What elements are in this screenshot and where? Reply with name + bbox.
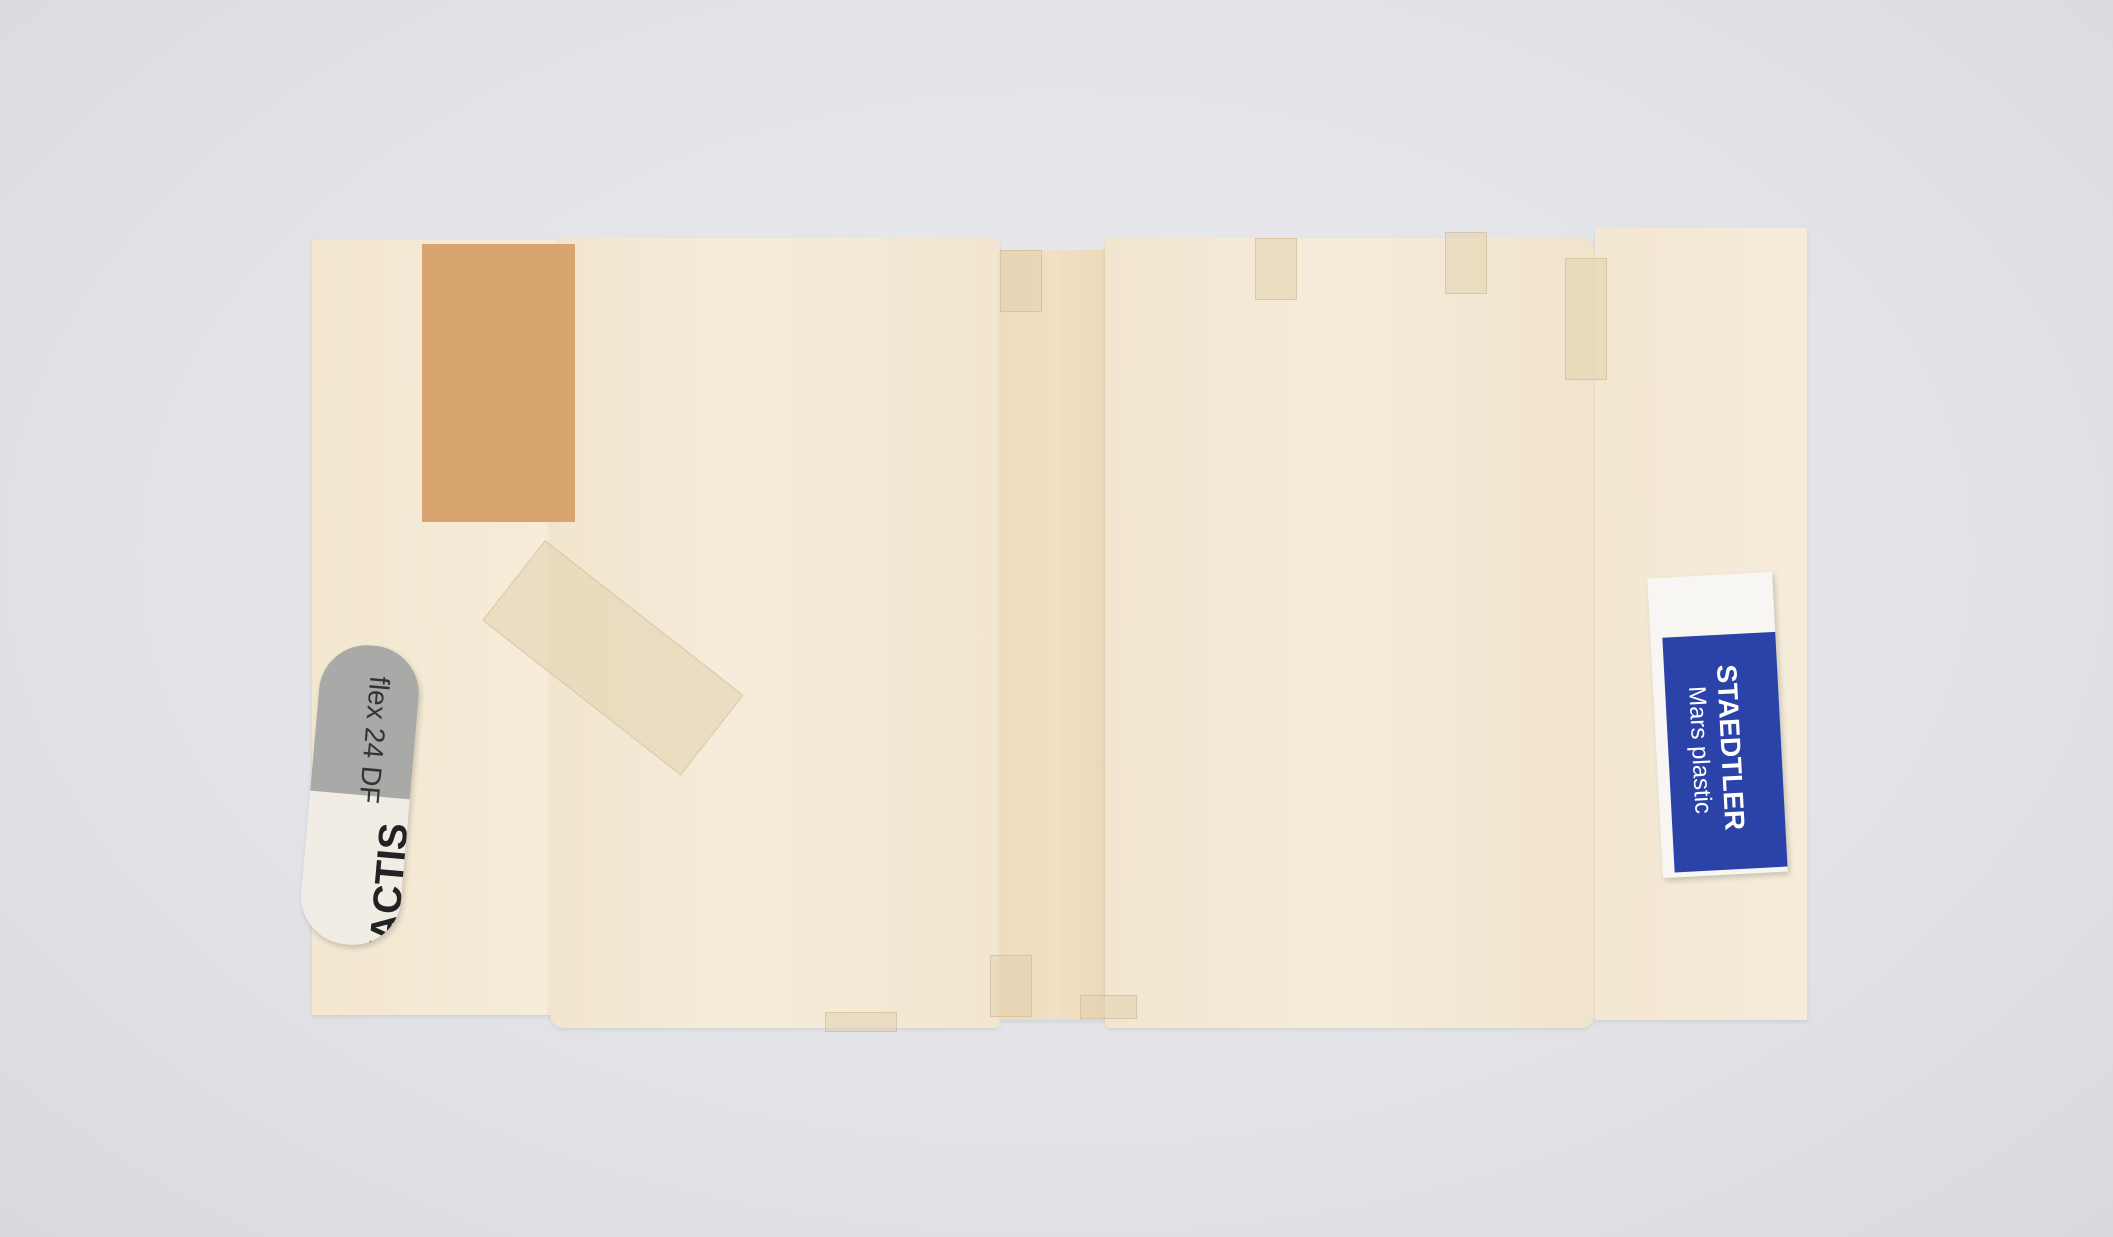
jacket-front-cover [1105, 238, 1595, 1028]
tape-piece [1565, 258, 1607, 380]
tape-piece [1445, 232, 1487, 294]
tape-piece [1255, 238, 1297, 300]
kraft-tape-patch [422, 244, 575, 522]
jacket-spine [1000, 250, 1110, 1020]
tape-piece [1080, 995, 1137, 1019]
staedtler-eraser[interactable]: STAEDTLER Mars plastic [1647, 572, 1788, 878]
eraser-blue-sleeve: STAEDTLER Mars plastic [1662, 632, 1787, 873]
tape-piece [825, 1012, 897, 1032]
tape-piece [1000, 250, 1042, 312]
tape-piece [990, 955, 1032, 1017]
